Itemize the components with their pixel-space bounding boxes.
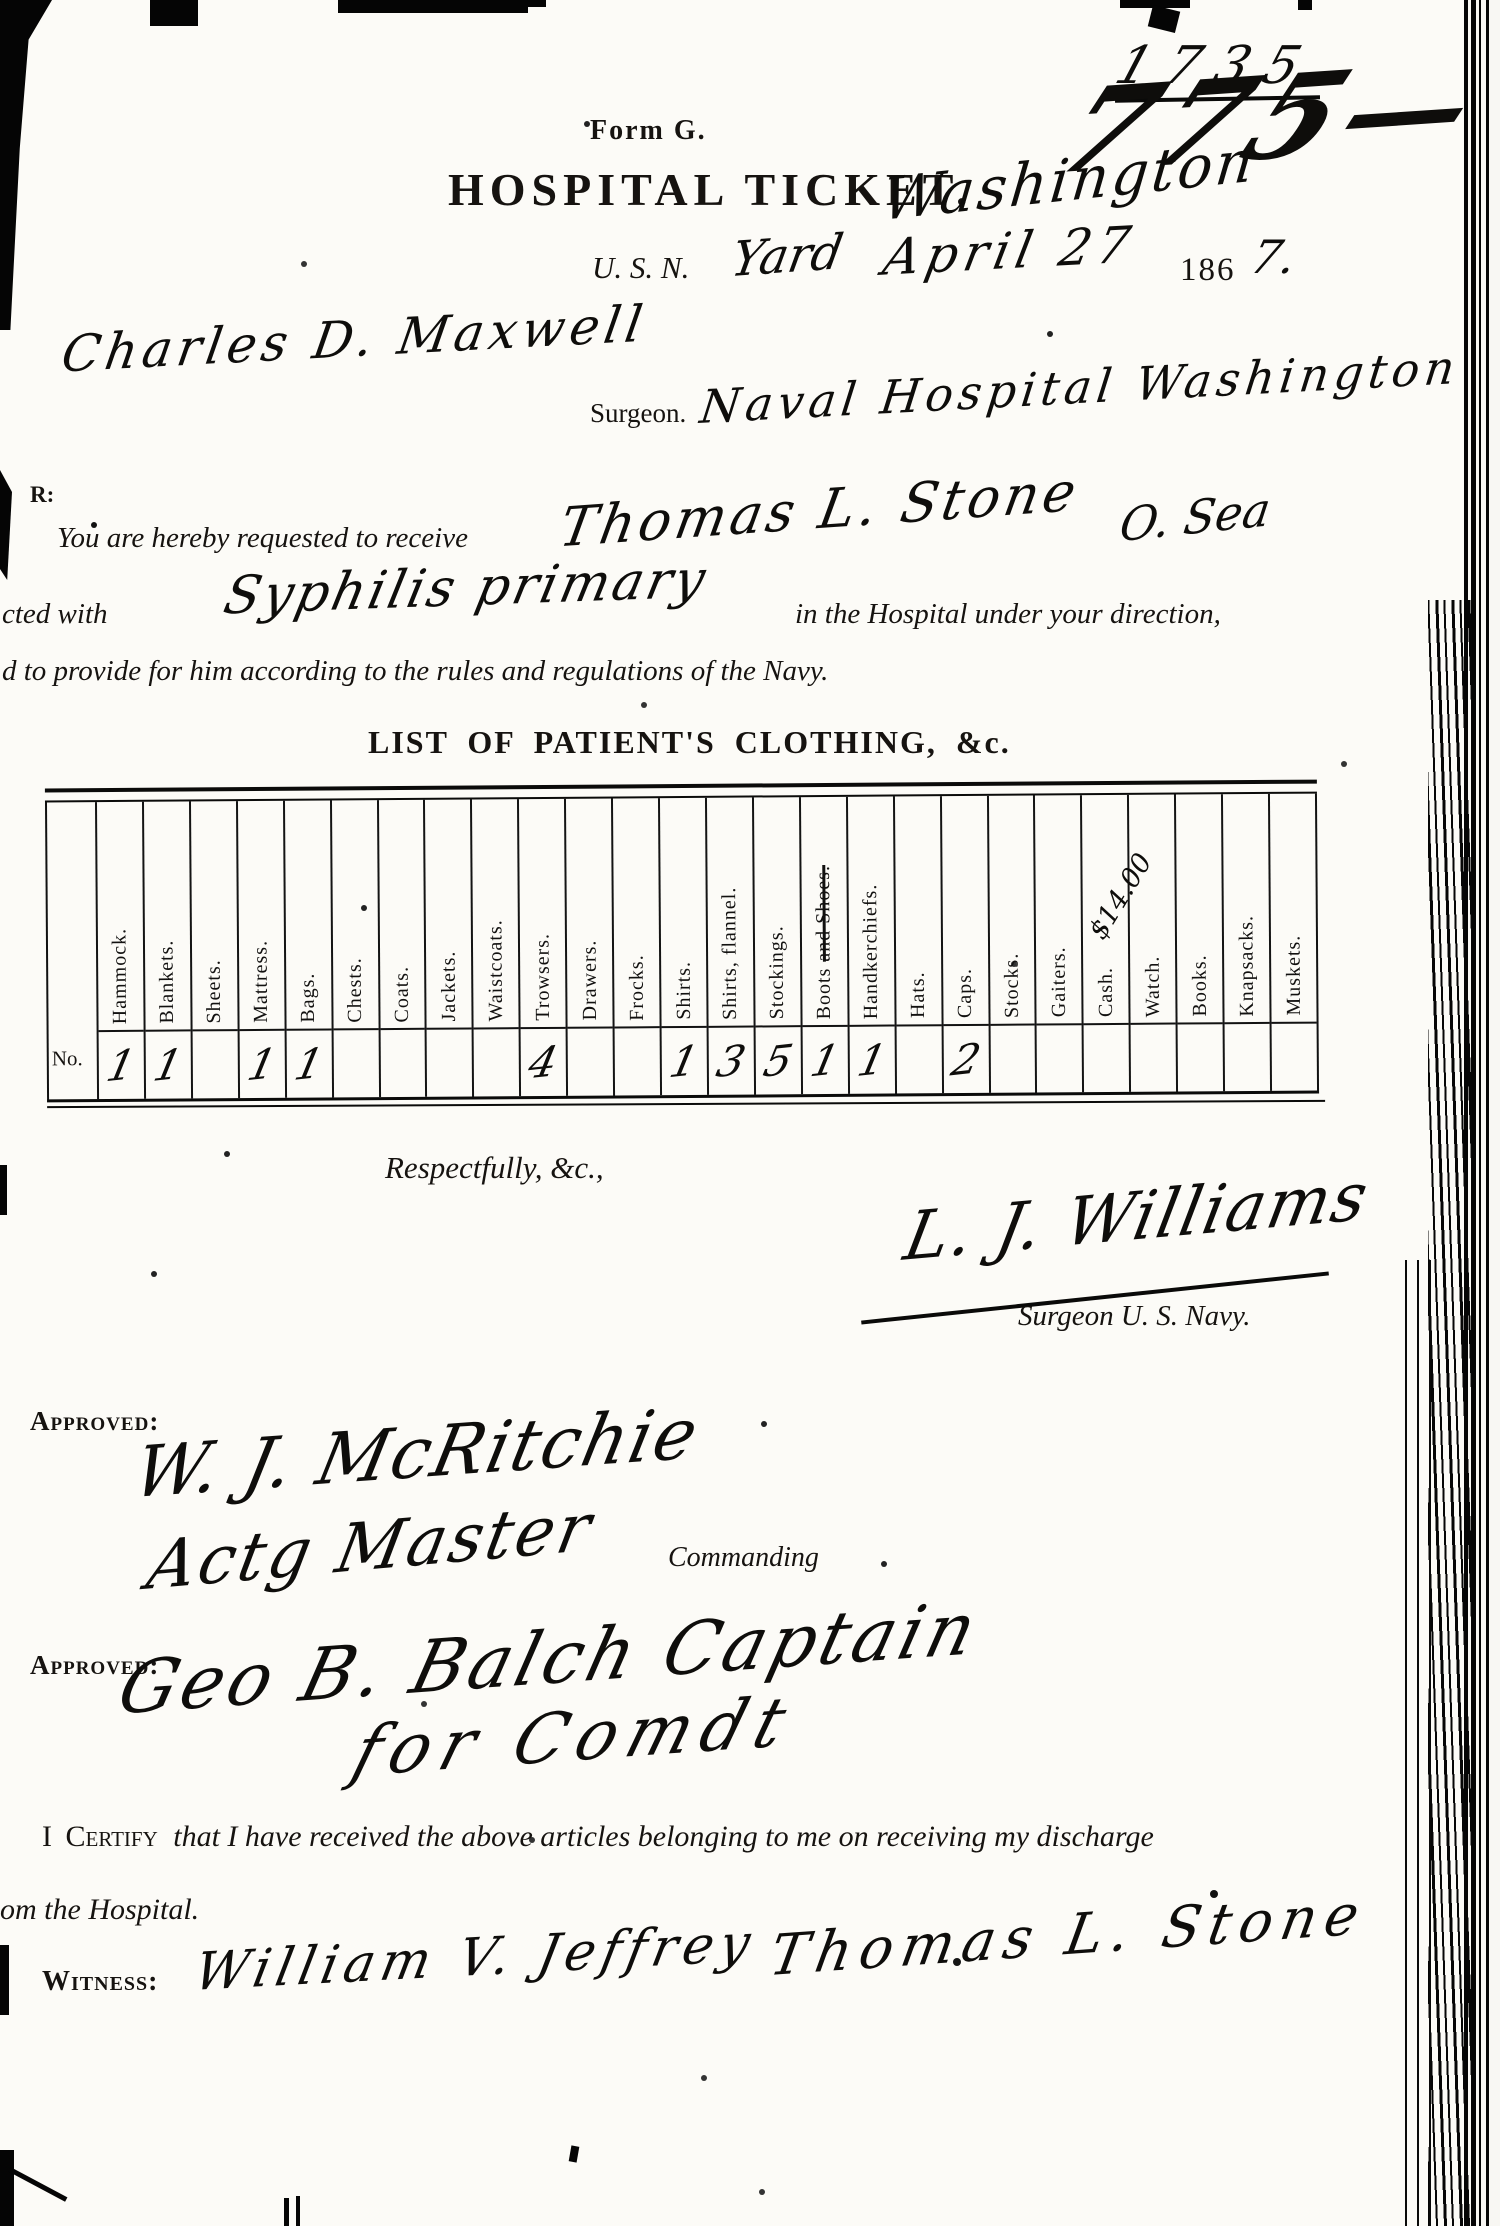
column-value: 1 xyxy=(806,1035,844,1087)
column-value-cell xyxy=(1225,1022,1270,1091)
column-value-cell: 1 xyxy=(849,1025,894,1094)
scan-binding-stripes xyxy=(1428,600,1472,2226)
column-header-label: Bags. xyxy=(297,973,320,1023)
column-header-cell: Coats. xyxy=(379,800,426,1028)
column-header-cell: Sheets. xyxy=(191,801,238,1029)
column-value-cell xyxy=(615,1026,660,1095)
column-value: 3 xyxy=(712,1035,750,1087)
column-header-cell: Boots and Shoes. xyxy=(801,797,848,1025)
column-header-label: Chests. xyxy=(344,957,367,1023)
column-header-label: Knapsacks. xyxy=(1235,914,1259,1016)
column-value-cell xyxy=(427,1028,472,1097)
scan-top-bar xyxy=(338,0,528,13)
column-header-cell: Gaiters. xyxy=(1035,795,1082,1023)
column-header-cell: Stockings. xyxy=(754,797,801,1025)
scan-bottom-diagonal xyxy=(9,2167,68,2201)
column-value-cell xyxy=(1131,1023,1176,1092)
scan-top-mark xyxy=(1298,0,1312,10)
certify-pronoun: I xyxy=(42,1820,52,1853)
clothing-column-hammock: Hammock.1 xyxy=(97,802,146,1099)
column-header-cell: Knapsacks. xyxy=(1223,794,1270,1022)
column-header-label: Frocks. xyxy=(625,954,648,1021)
clothing-column-stocks: Stocks. xyxy=(988,796,1037,1093)
column-value-cell: 1 xyxy=(802,1025,847,1094)
column-value-cell xyxy=(333,1028,378,1097)
column-header-label: Hammock. xyxy=(109,928,133,1024)
column-header-cell: Caps. xyxy=(942,796,989,1024)
scan-bottom-mark xyxy=(296,2196,300,2226)
form-label: Form G. xyxy=(590,115,707,147)
column-header-label: Drawers. xyxy=(578,940,602,1021)
column-header-cell: Jackets. xyxy=(425,799,472,1027)
column-value: 1 xyxy=(290,1038,328,1090)
column-value-cell xyxy=(380,1028,425,1097)
column-header-cell: Books. xyxy=(1176,794,1223,1022)
column-header-label: Hats. xyxy=(907,972,930,1019)
column-header-cell: Mattress. xyxy=(238,801,285,1029)
scan-corner-blob xyxy=(0,0,52,330)
addressee-handwritten: Charles D. Maxwell xyxy=(58,294,651,383)
certify-line: I Certify that I have received the above… xyxy=(42,1820,1154,1854)
column-header-label: Cash. xyxy=(1094,967,1117,1017)
clothing-column-jackets: Jackets. xyxy=(425,799,474,1096)
provide-printed: d to provide for him according to the ru… xyxy=(2,655,828,688)
scan-top-bar xyxy=(150,0,198,26)
date-handwritten: April 27 xyxy=(878,215,1141,287)
column-header-cell: Stocks. xyxy=(988,796,1035,1024)
scan-left-mark xyxy=(0,1945,9,2015)
clothing-table: No. Hammock.1Blankets.1Sheets.Mattress.1… xyxy=(45,780,1319,1110)
column-value: 1 xyxy=(665,1036,703,1088)
approval1-signature: W. J. McRitchie xyxy=(127,1392,707,1515)
clothing-column-boots: Boots and Shoes.1 xyxy=(801,797,850,1094)
clothing-column-drawers: Drawers. xyxy=(566,798,615,1095)
clothing-column-stockings: Stockings.5 xyxy=(754,797,803,1094)
column-value-cell: 2 xyxy=(943,1024,988,1093)
column-value-cell xyxy=(1084,1023,1129,1092)
patient-rating-handwritten: O. Sea xyxy=(1117,482,1274,553)
column-value: 5 xyxy=(759,1035,797,1087)
column-header-cell: Shirts, flannel. xyxy=(707,798,754,1026)
struck-header-text: and Shoes. xyxy=(812,865,835,962)
column-value-cell: 3 xyxy=(709,1026,754,1095)
column-header-label: Mattress. xyxy=(250,940,274,1023)
column-header-cell: Handkerchiefs. xyxy=(848,797,895,1025)
column-value: 1 xyxy=(853,1034,891,1086)
column-header-label: Coats. xyxy=(391,965,414,1022)
clothing-column-shirts-flannel: Shirts, flannel.3 xyxy=(707,797,756,1094)
approved-label-1: Approved: xyxy=(30,1406,159,1437)
salutation-fragment: R: xyxy=(30,482,54,508)
column-header-label: Waistcoats. xyxy=(484,919,508,1021)
clothing-column-shirts: Shirts.1 xyxy=(660,798,709,1095)
column-header-label: Shirts, flannel. xyxy=(719,887,743,1020)
column-value-cell: 1 xyxy=(662,1026,707,1095)
clothing-column-knapsacks: Knapsacks. xyxy=(1223,794,1272,1091)
column-value: 1 xyxy=(149,1039,187,1091)
clothing-column-hats: Hats. xyxy=(895,796,944,1093)
scan-top-bar xyxy=(528,0,546,7)
scan-left-mark xyxy=(0,2150,14,2226)
column-value-cell: 1 xyxy=(99,1030,144,1099)
yard-handwritten: Yard xyxy=(727,224,847,289)
table-row-label: No. xyxy=(52,1046,83,1071)
disease-handwritten: Syphilis primary xyxy=(219,549,714,626)
column-header-label: Jackets. xyxy=(437,951,460,1022)
column-value: 4 xyxy=(525,1037,563,1089)
clothing-column-books: Books. xyxy=(1176,794,1225,1091)
column-header-label: Boots and Shoes. xyxy=(812,865,836,1020)
affected-fragment-printed: cted with xyxy=(2,598,108,631)
clothing-column-coats: Coats. xyxy=(379,800,428,1097)
column-value-cell: 1 xyxy=(286,1029,331,1098)
clothing-column-muskets: Muskets. xyxy=(1270,794,1317,1091)
column-header-label: Stockings. xyxy=(766,925,790,1019)
scan-binding-stripes xyxy=(1405,1260,1433,2226)
column-header-cell: Frocks. xyxy=(613,798,660,1026)
column-header-label: Sheets. xyxy=(203,959,226,1023)
column-header-cell: Drawers. xyxy=(566,798,613,1026)
column-header-cell: Trowsers. xyxy=(519,799,566,1027)
column-header-cell: Hammock. xyxy=(97,802,144,1030)
clothing-column-caps: Caps.2 xyxy=(942,796,991,1093)
column-header-label: Caps. xyxy=(954,968,977,1018)
column-value: 1 xyxy=(243,1039,281,1091)
request-printed: You are hereby requested to receive xyxy=(57,522,468,555)
column-header-cell: Muskets. xyxy=(1270,794,1317,1022)
column-value-cell xyxy=(1272,1022,1317,1091)
patient-signature: Thomas L. Stone xyxy=(765,1882,1372,1990)
column-header-label: Muskets. xyxy=(1282,935,1306,1016)
column-header-cell: Hats. xyxy=(895,796,942,1024)
column-value-cell xyxy=(474,1027,519,1096)
column-value-cell xyxy=(192,1029,237,1098)
year-digit-handwritten: 7. xyxy=(1245,230,1302,284)
clothing-column-blankets: Blankets.1 xyxy=(144,801,193,1098)
column-value-cell: 1 xyxy=(239,1029,284,1098)
column-header-cell: Blankets. xyxy=(144,801,191,1029)
column-value-cell: 5 xyxy=(755,1025,800,1094)
org-printed: U. S. N. xyxy=(592,250,689,286)
clothing-column-frocks: Frocks. xyxy=(613,798,662,1095)
column-header-label: Shirts. xyxy=(672,961,695,1020)
patient-name-handwritten: Thomas L. Stone xyxy=(555,459,1085,559)
clothing-column-handkerchiefs: Handkerchiefs.1 xyxy=(848,797,897,1094)
column-value-cell: 4 xyxy=(521,1027,566,1096)
scan-left-mark xyxy=(0,470,12,580)
column-header-label: Books. xyxy=(1188,954,1211,1016)
hospital-ticket-scan: 1735 775— Form G. HOSPITAL TICKET. Washi… xyxy=(0,0,1500,2226)
direction-printed: in the Hospital under your direction, xyxy=(795,598,1221,631)
clothing-columns: No. Hammock.1Blankets.1Sheets.Mattress.1… xyxy=(45,794,1319,1103)
witness-label: Witness: xyxy=(42,1966,158,1998)
column-header-cell: Bags. xyxy=(285,800,332,1028)
clothing-column-waistcoats: Waistcoats. xyxy=(472,799,521,1096)
scan-left-mark xyxy=(0,1165,7,1215)
column-header-label: Trowsers. xyxy=(531,933,555,1021)
column-header-cell: Waistcoats. xyxy=(472,799,519,1027)
column-value-cell: 1 xyxy=(146,1030,191,1099)
column-value-cell xyxy=(990,1024,1035,1093)
clothing-column-bags: Bags.1 xyxy=(285,800,334,1097)
witness-signature: William V. Jeffrey xyxy=(189,1913,761,2003)
column-header-cell: Chests. xyxy=(332,800,379,1028)
table-row-label-cell: No. xyxy=(47,802,99,1099)
column-value-cell xyxy=(1037,1023,1082,1092)
scan-specks xyxy=(0,0,4,4)
clothing-column-sheets: Sheets. xyxy=(191,801,240,1098)
scan-top-mark xyxy=(1148,5,1180,33)
column-value: 2 xyxy=(947,1034,985,1086)
column-header-cell: Shirts. xyxy=(660,798,707,1026)
clothing-column-chests: Chests. xyxy=(332,800,381,1097)
column-header-label: Blankets. xyxy=(156,940,180,1024)
list-heading: LIST OF PATIENT'S CLOTHING, &c. xyxy=(368,724,1011,761)
column-value-cell xyxy=(1178,1022,1223,1091)
column-value-cell xyxy=(896,1024,941,1093)
column-value-cell xyxy=(568,1027,613,1096)
surgeon-signature: L. J. Williams xyxy=(898,1157,1376,1276)
surgeon-title-printed: Surgeon U. S. Navy. xyxy=(1018,1300,1251,1333)
column-header-label: Stocks. xyxy=(1001,952,1024,1018)
clothing-column-trowsers: Trowsers.4 xyxy=(519,799,568,1096)
respectfully-printed: Respectfully, &c., xyxy=(385,1150,604,1186)
clothing-column-mattress: Mattress.1 xyxy=(238,801,287,1098)
column-header-label: Watch. xyxy=(1141,955,1164,1017)
certify-word: Certify xyxy=(66,1820,158,1853)
column-header-label: Handkerchiefs. xyxy=(859,883,883,1019)
scan-bottom-mark xyxy=(284,2198,289,2226)
year-printed: 186 xyxy=(1180,252,1236,289)
approval1-commanding-printed: Commanding xyxy=(668,1542,819,1574)
addressee-title-printed: Surgeon. xyxy=(590,398,686,429)
certify-rest: that I have received the above articles … xyxy=(173,1820,1154,1853)
scan-bottom-mark xyxy=(569,2145,580,2162)
column-value: 1 xyxy=(102,1040,140,1092)
hospital-fragment-printed: om the Hospital. xyxy=(0,1893,199,1927)
addressee-station-handwritten: Naval Hospital Washington xyxy=(697,340,1462,434)
